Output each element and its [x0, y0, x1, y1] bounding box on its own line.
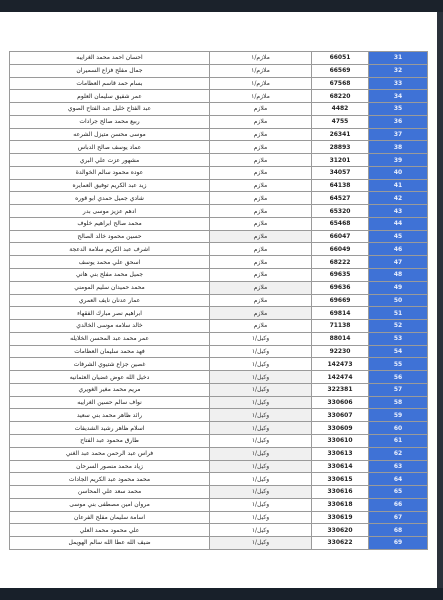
name-cell: علي محمود محمد العلي: [10, 524, 210, 537]
military-number-cell: 322381: [312, 383, 369, 396]
name-cell: ربيع محمد صالح جرادات: [10, 115, 210, 128]
table-row: ادهم عزيز موسى بدرملازم6532043: [10, 205, 428, 218]
table-row: محمد صالح ابراهيم خلوفملازم6546844: [10, 217, 428, 230]
sequence-number-cell: 54: [369, 345, 428, 358]
name-cell: دخيل الله عوض غضيان العثمانيه: [10, 371, 210, 384]
sequence-number-cell: 55: [369, 358, 428, 371]
rank-cell: ملازم: [210, 154, 312, 167]
name-cell: عمر محمد عبد المحسن الخلايله: [10, 332, 210, 345]
rank-cell: وكيل/١: [210, 524, 312, 537]
rank-cell: ملازم/١: [210, 64, 312, 77]
sequence-number-cell: 45: [369, 230, 428, 243]
sequence-number-cell: 69: [369, 537, 428, 550]
sequence-number-cell: 44: [369, 217, 428, 230]
table-row: بسام حمد قاسم العظاماتملازم/١6756833: [10, 77, 428, 90]
name-cell: فراس عبد الرحمن محمد عبد الغني: [10, 447, 210, 460]
sequence-number-cell: 39: [369, 154, 428, 167]
name-cell: محمد محمود عبد الكريم الجادات: [10, 473, 210, 486]
table-row: محمد حميدان سليم المومنيملازم6963649: [10, 281, 428, 294]
rank-cell: ملازم: [210, 320, 312, 333]
military-number-cell: 66569: [312, 64, 369, 77]
rank-cell: ملازم: [210, 281, 312, 294]
military-number-cell: 330610: [312, 434, 369, 447]
table-row: اسامة سليمان مفلح الفرعانوكيل/١33061967: [10, 511, 428, 524]
military-number-cell: 69635: [312, 269, 369, 282]
table-row: جمال مفلح فزاع السميرانملازم/١6656932: [10, 64, 428, 77]
name-cell: نواف سالم حسين الغرايبه: [10, 396, 210, 409]
table-row: فهد محمد سليمان العظاماتوكيل/١9223054: [10, 345, 428, 358]
sequence-number-cell: 62: [369, 447, 428, 460]
rank-cell: وكيل/١: [210, 332, 312, 345]
sequence-number-cell: 59: [369, 409, 428, 422]
document-page: احسان احمد محمد الغرايبهملازم/١6605131جم…: [0, 12, 437, 588]
sequence-number-cell: 41: [369, 179, 428, 192]
rank-cell: وكيل/١: [210, 396, 312, 409]
table-row: موسى محسن متيزل الشرعهملازم2634137: [10, 128, 428, 141]
name-cell: طارق محمود عبد الفتاح: [10, 434, 210, 447]
rank-cell: ملازم: [210, 256, 312, 269]
rank-cell: ملازم: [210, 205, 312, 218]
rank-cell: وكيل/١: [210, 537, 312, 550]
military-number-cell: 142474: [312, 371, 369, 384]
sequence-number-cell: 57: [369, 383, 428, 396]
personnel-table: احسان احمد محمد الغرايبهملازم/١6605131جم…: [9, 51, 428, 550]
military-number-cell: 28893: [312, 141, 369, 154]
name-cell: فهد محمد سليمان العظامات: [10, 345, 210, 358]
military-number-cell: 68222: [312, 256, 369, 269]
table-row: مشهور عزت علي البريملازم3120139: [10, 154, 428, 167]
table-row: عماد يوسف صالح الدباسملازم2889338: [10, 141, 428, 154]
rank-cell: ملازم: [210, 307, 312, 320]
sequence-number-cell: 68: [369, 524, 428, 537]
rank-cell: ملازم: [210, 269, 312, 282]
military-number-cell: 142473: [312, 358, 369, 371]
sequence-number-cell: 50: [369, 294, 428, 307]
rank-cell: ملازم/١: [210, 52, 312, 65]
rank-cell: وكيل/١: [210, 345, 312, 358]
rank-cell: ملازم/١: [210, 90, 312, 103]
name-cell: مروان امين مصطفى بني موسى: [10, 498, 210, 511]
table-row: طارق محمود عبد الفتاحوكيل/١33061061: [10, 434, 428, 447]
military-number-cell: 71138: [312, 320, 369, 333]
military-number-cell: 69814: [312, 307, 369, 320]
military-number-cell: 66049: [312, 243, 369, 256]
rank-cell: ملازم: [210, 243, 312, 256]
table-row: ابراهيم نصر مبارك الفقهاءملازم6981451: [10, 307, 428, 320]
rank-cell: وكيل/١: [210, 511, 312, 524]
rank-cell: وكيل/١: [210, 434, 312, 447]
personnel-table-body: احسان احمد محمد الغرايبهملازم/١6605131جم…: [10, 52, 428, 550]
name-cell: خالد سلامه موسى الخالدي: [10, 320, 210, 333]
military-number-cell: 4755: [312, 115, 369, 128]
name-cell: ضيف الله عطا الله سالم الهويمل: [10, 537, 210, 550]
table-row: علي محمود محمد العليوكيل/١33062068: [10, 524, 428, 537]
sequence-number-cell: 32: [369, 64, 428, 77]
military-number-cell: 330619: [312, 511, 369, 524]
table-row: شادي جميل حمدي ابو قورهملازم6452742: [10, 192, 428, 205]
military-number-cell: 330622: [312, 537, 369, 550]
sequence-number-cell: 42: [369, 192, 428, 205]
military-number-cell: 330618: [312, 498, 369, 511]
table-row: عمر شفيق سليمان العلومملازم/١6822034: [10, 90, 428, 103]
military-number-cell: 65320: [312, 205, 369, 218]
rank-cell: ملازم: [210, 217, 312, 230]
sequence-number-cell: 56: [369, 371, 428, 384]
table-row: فراس عبد الرحمن محمد عبد الغنيوكيل/١3306…: [10, 447, 428, 460]
rank-cell: ملازم: [210, 192, 312, 205]
table-row: اسلام ظاهر رشيد الشديفاتوكيل/١33060960: [10, 422, 428, 435]
table-row: غصين جزاع شتيوي الشرفاتوكيل/١14247355: [10, 358, 428, 371]
sequence-number-cell: 65: [369, 486, 428, 499]
military-number-cell: 64138: [312, 179, 369, 192]
name-cell: غصين جزاع شتيوي الشرفات: [10, 358, 210, 371]
sequence-number-cell: 60: [369, 422, 428, 435]
name-cell: عماد يوسف صالح الدباس: [10, 141, 210, 154]
table-row: حسين محمود خالد الصالحملازم6604745: [10, 230, 428, 243]
military-number-cell: 67568: [312, 77, 369, 90]
rank-cell: ملازم: [210, 128, 312, 141]
table-row: دخيل الله عوض غضيان العثمانيهوكيل/١14247…: [10, 371, 428, 384]
rank-cell: وكيل/١: [210, 371, 312, 384]
name-cell: حسين محمود خالد الصالح: [10, 230, 210, 243]
sequence-number-cell: 31: [369, 52, 428, 65]
military-number-cell: 4482: [312, 103, 369, 116]
name-cell: محمد حميدان سليم المومني: [10, 281, 210, 294]
name-cell: مشهور عزت علي البري: [10, 154, 210, 167]
military-number-cell: 88014: [312, 332, 369, 345]
rank-cell: وكيل/١: [210, 383, 312, 396]
rank-cell: وكيل/١: [210, 460, 312, 473]
rank-cell: ملازم/١: [210, 77, 312, 90]
name-cell: مريم محمد مغير الغويري: [10, 383, 210, 396]
table-row: محمد سعد علي المحاسنوكيل/١33061665: [10, 486, 428, 499]
military-number-cell: 66051: [312, 52, 369, 65]
sequence-number-cell: 48: [369, 269, 428, 282]
sequence-number-cell: 52: [369, 320, 428, 333]
sequence-number-cell: 66: [369, 498, 428, 511]
rank-cell: ملازم: [210, 230, 312, 243]
sequence-number-cell: 64: [369, 473, 428, 486]
table-row: ربيع محمد صالح جراداتملازم475536: [10, 115, 428, 128]
name-cell: محمد سعد علي المحاسن: [10, 486, 210, 499]
table-row: مروان امين مصطفى بني موسىوكيل/١33061866: [10, 498, 428, 511]
military-number-cell: 330609: [312, 422, 369, 435]
rank-cell: وكيل/١: [210, 422, 312, 435]
military-number-cell: 330606: [312, 396, 369, 409]
table-row: ضيف الله عطا الله سالم الهويملوكيل/١3306…: [10, 537, 428, 550]
table-row: اسحق علي محمد يوسفملازم6822247: [10, 256, 428, 269]
name-cell: اسحق علي محمد يوسف: [10, 256, 210, 269]
table-row: عمار عدنان نايف العمريملازم6966950: [10, 294, 428, 307]
table-row: اشرف عبد الكريم سلامة الدعجةملازم6604946: [10, 243, 428, 256]
rank-cell: ملازم: [210, 115, 312, 128]
name-cell: زياد محمد منصور السرحان: [10, 460, 210, 473]
military-number-cell: 330616: [312, 486, 369, 499]
military-number-cell: 26341: [312, 128, 369, 141]
table-row: زيد عبد الكريم توفيق العمايرهملازم641384…: [10, 179, 428, 192]
sequence-number-cell: 46: [369, 243, 428, 256]
name-cell: جمال مفلح فزاع السميران: [10, 64, 210, 77]
sequence-number-cell: 58: [369, 396, 428, 409]
sequence-number-cell: 51: [369, 307, 428, 320]
rank-cell: وكيل/١: [210, 473, 312, 486]
table-row: عمر محمد عبد المحسن الخلايلهوكيل/١880145…: [10, 332, 428, 345]
name-cell: عمار عدنان نايف العمري: [10, 294, 210, 307]
rank-cell: ملازم: [210, 179, 312, 192]
name-cell: اسلام ظاهر رشيد الشديفات: [10, 422, 210, 435]
table-row: رائد ظاهر محمد بني سعيدوكيل/١33060759: [10, 409, 428, 422]
military-number-cell: 330620: [312, 524, 369, 537]
table-row: زياد محمد منصور السرحانوكيل/١33061463: [10, 460, 428, 473]
military-number-cell: 330615: [312, 473, 369, 486]
military-number-cell: 69669: [312, 294, 369, 307]
table-row: عوده محمود سالم الخوالدةملازم3405740: [10, 166, 428, 179]
military-number-cell: 66047: [312, 230, 369, 243]
bottom-frame-bar: [0, 588, 443, 600]
name-cell: زيد عبد الكريم توفيق العمايره: [10, 179, 210, 192]
table-row: احسان احمد محمد الغرايبهملازم/١6605131: [10, 52, 428, 65]
window-frame-right: [437, 12, 443, 588]
rank-cell: وكيل/١: [210, 486, 312, 499]
military-number-cell: 64527: [312, 192, 369, 205]
rank-cell: وكيل/١: [210, 409, 312, 422]
sequence-number-cell: 63: [369, 460, 428, 473]
sequence-number-cell: 53: [369, 332, 428, 345]
military-number-cell: 330607: [312, 409, 369, 422]
name-cell: شادي جميل حمدي ابو قوره: [10, 192, 210, 205]
name-cell: رائد ظاهر محمد بني سعيد: [10, 409, 210, 422]
sequence-number-cell: 38: [369, 141, 428, 154]
military-number-cell: 69636: [312, 281, 369, 294]
military-number-cell: 92230: [312, 345, 369, 358]
rank-cell: وكيل/١: [210, 498, 312, 511]
sequence-number-cell: 34: [369, 90, 428, 103]
military-number-cell: 68220: [312, 90, 369, 103]
sequence-number-cell: 40: [369, 166, 428, 179]
sequence-number-cell: 67: [369, 511, 428, 524]
name-cell: جميل محمد مفلح بني هاني: [10, 269, 210, 282]
table-row: جميل محمد مفلح بني هانيملازم6963548: [10, 269, 428, 282]
table-row: خالد سلامه موسى الخالديملازم7113852: [10, 320, 428, 333]
name-cell: بسام حمد قاسم العظامات: [10, 77, 210, 90]
name-cell: موسى محسن متيزل الشرعه: [10, 128, 210, 141]
rank-cell: ملازم: [210, 166, 312, 179]
rank-cell: وكيل/١: [210, 447, 312, 460]
military-number-cell: 31201: [312, 154, 369, 167]
rank-cell: ملازم: [210, 103, 312, 116]
name-cell: ابراهيم نصر مبارك الفقهاء: [10, 307, 210, 320]
table-row: نواف سالم حسين الغرايبهوكيل/١33060658: [10, 396, 428, 409]
table-row: محمد محمود عبد الكريم الجاداتوكيل/١33061…: [10, 473, 428, 486]
sequence-number-cell: 61: [369, 434, 428, 447]
sequence-number-cell: 36: [369, 115, 428, 128]
name-cell: اسامة سليمان مفلح الفرعان: [10, 511, 210, 524]
sequence-number-cell: 49: [369, 281, 428, 294]
rank-cell: وكيل/١: [210, 358, 312, 371]
name-cell: عمر شفيق سليمان العلوم: [10, 90, 210, 103]
name-cell: محمد صالح ابراهيم خلوف: [10, 217, 210, 230]
table-row: مريم محمد مغير الغويريوكيل/١32238157: [10, 383, 428, 396]
name-cell: عبد الفتاح خليل عبد الفتاح الصوي: [10, 103, 210, 116]
rank-cell: ملازم: [210, 294, 312, 307]
sequence-number-cell: 35: [369, 103, 428, 116]
sequence-number-cell: 33: [369, 77, 428, 90]
sequence-number-cell: 43: [369, 205, 428, 218]
name-cell: عوده محمود سالم الخوالدة: [10, 166, 210, 179]
military-number-cell: 330614: [312, 460, 369, 473]
military-number-cell: 65468: [312, 217, 369, 230]
rank-cell: ملازم: [210, 141, 312, 154]
military-number-cell: 34057: [312, 166, 369, 179]
name-cell: احسان احمد محمد الغرايبه: [10, 52, 210, 65]
name-cell: اشرف عبد الكريم سلامة الدعجة: [10, 243, 210, 256]
military-number-cell: 330613: [312, 447, 369, 460]
name-cell: ادهم عزيز موسى بدر: [10, 205, 210, 218]
table-row: عبد الفتاح خليل عبد الفتاح الصويملازم448…: [10, 103, 428, 116]
sequence-number-cell: 47: [369, 256, 428, 269]
sequence-number-cell: 37: [369, 128, 428, 141]
